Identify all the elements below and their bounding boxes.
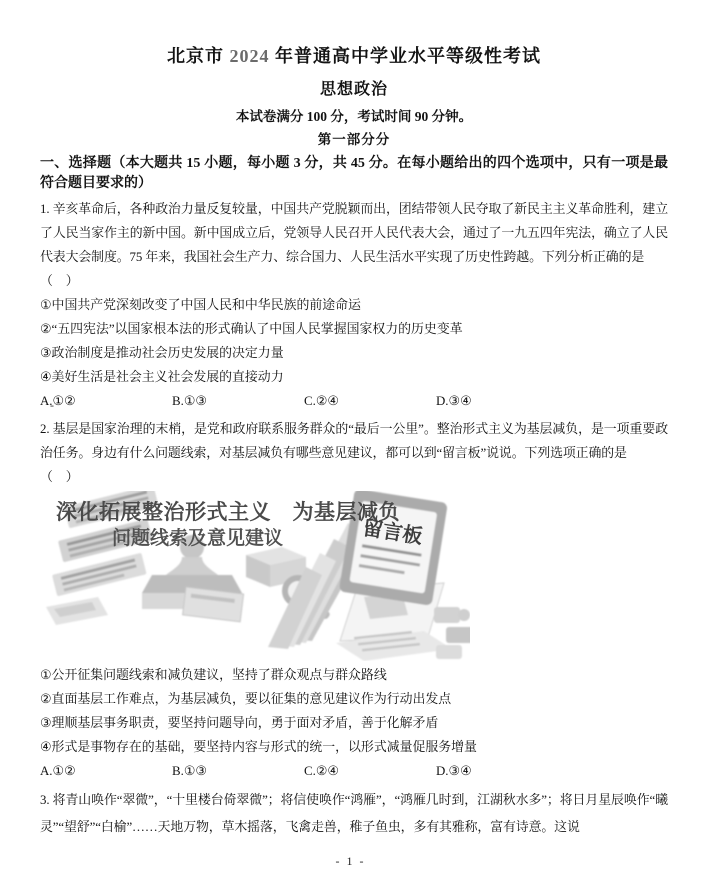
option-item: ④形式是事物存在的基础，要坚持内容与形式的统一，以形式减量促服务增量: [40, 735, 668, 759]
scan-stray-mark: -: [50, 398, 54, 413]
puzzle-blocks-icon: [434, 607, 470, 659]
question-1-stem: 1. 辛亥革命后，各种政治力量反复较量，中国共产党脱颖而出，团结带领人民夺取了新…: [40, 197, 668, 269]
question-3-stem: 3. 将青山唤作“翠微”，“十里楼台倚翠微”；将信使唤作“鸿雁”，“鸿雁几时到，…: [40, 787, 668, 841]
title-prefix: 北京市: [167, 46, 230, 66]
question-2-answer-bracket: （ ）: [40, 465, 668, 489]
page-content: 北京市 2024 年普通高中学业水平等级性考试 思想政治 本试卷满分 100 分…: [0, 44, 701, 841]
exam-paper-page: 北京市 2024 年普通高中学业水平等级性考试 思想政治 本试卷满分 100 分…: [0, 0, 701, 877]
choice-c: C.②④: [304, 759, 436, 783]
section-heading: 一、选择题（本大题共 15 小题，每小题 3 分，共 45 分。在每小题给出的四…: [40, 154, 668, 194]
option-item: ③政治制度是推动社会历史发展的决定力量: [40, 341, 668, 365]
title-year: 2024: [230, 46, 270, 66]
subject-title: 思想政治: [40, 80, 668, 100]
question-3: 3. 将青山唤作“翠微”，“十里楼台倚翠微”；将信使唤作“鸿雁”，“鸿雁几时到，…: [40, 787, 668, 841]
question-1-choices: A.①② B.①③ C.②④ D.③④: [40, 389, 668, 413]
question-1: 1. 辛亥革命后，各种政治力量反复较量，中国共产党脱颖而出，团结带领人民夺取了新…: [40, 197, 668, 413]
option-item: ④美好生活是社会主义社会发展的直接动力: [40, 365, 668, 389]
title-suffix: 年普通高中学业水平等级性考试: [270, 46, 542, 66]
option-item: ②“五四宪法”以国家根本法的形式确认了中国人民掌握国家权力的历史变革: [40, 317, 668, 341]
choice-c: C.②④: [304, 389, 436, 413]
question-2-options: ①公开征集问题线索和减负建议，坚持了群众观点与群众路线 ②直面基层工作难点，为基…: [40, 663, 668, 759]
choice-d: D.③④: [436, 389, 472, 413]
choice-a: A.①②: [40, 389, 172, 413]
choice-a: A.①②: [40, 759, 172, 783]
option-item: ①中国共产党深刻改变了中国人民和中华民族的前途命运: [40, 293, 668, 317]
illustration-subline: 问题线索及意见建议: [112, 526, 283, 549]
question-1-answer-bracket: （ ）: [40, 269, 668, 293]
option-item: ①公开征集问题线索和减负建议，坚持了群众观点与群众路线: [40, 663, 668, 687]
exam-info: 本试卷满分 100 分，考试时间 90 分钟。: [40, 108, 668, 126]
message-board-illustration: 深化拓展整治形式主义 为基层减负 问题线索及意见建议 留言板: [40, 491, 470, 661]
option-item: ②直面基层工作难点，为基层减负，要以征集的意见建议作为行动出发点: [40, 687, 668, 711]
question-2-choices: A.①② B.①③ C.②④ D.③④: [40, 759, 668, 783]
question-2: 2. 基层是国家治理的末梢，是党和政府联系服务群众的“最后一公里”。整治形式主义…: [40, 417, 668, 783]
part-heading: 第一部分分: [40, 131, 668, 149]
page-number: - 1 -: [0, 854, 701, 869]
illustration-headline: 深化拓展整治形式主义 为基层减负: [56, 500, 400, 524]
page-title: 北京市 2024 年普通高中学业水平等级性考试: [40, 44, 668, 68]
question-2-stem: 2. 基层是国家治理的末梢，是党和政府联系服务群众的“最后一公里”。整治形式主义…: [40, 417, 668, 465]
question-2-illustration: 深化拓展整治形式主义 为基层减负 问题线索及意见建议 留言板: [40, 491, 668, 661]
option-item: ③理顺基层事务职责，要坚持问题导向，勇于面对矛盾，善于化解矛盾: [40, 711, 668, 735]
choice-b: B.①③: [172, 759, 304, 783]
choice-d: D.③④: [436, 759, 472, 783]
choice-b: B.①③: [172, 389, 304, 413]
question-1-options: ①中国共产党深刻改变了中国人民和中华民族的前途命运 ②“五四宪法”以国家根本法的…: [40, 293, 668, 389]
